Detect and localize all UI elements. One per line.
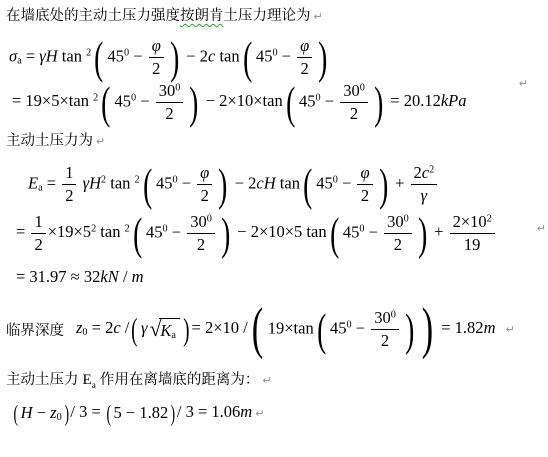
close-paren: ) [64,404,69,424]
fraction-numerator: 300 [187,212,215,233]
open-paren: ( [133,214,142,253]
math-text: − 2×10×tan [202,91,283,110]
math-fraction: 2c2γ [411,163,438,206]
paren-body: γ√Ka [140,318,181,341]
close-paren: ) [171,404,176,424]
math-text: H [21,403,33,422]
formula-sigma-definition: σa = γH tan 2(450 − φ2) − 2c tan(450 − φ… [9,36,548,79]
math-text: 2 [301,59,309,78]
math-text: 45 [108,46,125,65]
math-paren-group: (450 − 3002) [327,212,430,255]
math-text: m [484,318,496,337]
math-fraction: 3002 [371,308,399,351]
math-text: = 31.97 ≈ 32 [16,267,100,286]
fraction-denominator: 19 [450,233,495,255]
fraction-denominator: 2 [197,184,212,206]
math-fraction: 12 [62,163,76,206]
math-paren-group: (450 − φ2) [300,163,391,206]
math-text: − [278,46,296,65]
math-text: ×19×5 [48,222,91,241]
math-text: 45 [156,173,173,192]
math-text: 2 [414,163,422,182]
open-paren: ( [303,165,312,204]
fraction-denominator: 2 [156,102,184,124]
math-text: − [33,403,51,422]
math-text: φ [200,163,209,182]
formula-distance-calculation: (H − z0)/ 3 = (5 − 1.82)/ 3 = 1.06m↵ [12,402,548,423]
math-paren-group: (450 − φ2) [140,163,231,206]
math-text: 2 [361,186,369,205]
math-text: = 2×10 / [192,318,248,337]
ea-symbol-base: E [83,372,92,388]
math-text: 45 [146,222,163,241]
intro-text-suffix: 土压力理论为 [224,8,311,24]
math-subscript: 0 [57,412,62,423]
math-fraction: φ2 [149,36,164,79]
paren-body: 450 − 3002 [145,212,218,255]
math-text: − 2×10×5 tan [233,222,326,241]
math-superscript: 0 [391,309,396,320]
close-paren: ) [405,310,414,349]
math-paren-group: (450 − 3002) [314,308,417,351]
math-text: = 20.12 [386,91,441,110]
math-paren-group: (19×tan(450 − 3002)) [248,305,437,353]
paren-body: 450 − φ2 [315,163,375,206]
math-text: − [168,222,186,241]
paren-body: 450 − 3002 [329,308,402,351]
fraction-numerator: 2×102 [450,212,495,233]
fraction-numerator: 2c2 [411,163,438,184]
distance-intro-prefix: 主动土压力 [6,372,83,388]
fraction-numerator: 1 [62,163,76,184]
math-text: 45 [115,91,132,110]
open-paren: ( [101,83,110,122]
paragraph-distance-intro: 主动土压力 Ea 作用在离墙底的距离为：↵ [6,370,548,393]
fraction-denominator: 2 [187,233,215,255]
math-text: m [240,402,252,421]
math-text: = 2 [88,318,114,337]
paren-body: 450 − 3002 [298,81,371,124]
intro-text-prefix: 在墙底处的主动土压力强度 [6,8,180,24]
paragraph-mark: ↵ [262,374,271,387]
math-text: 45 [256,46,273,65]
math-text: + [430,222,448,241]
distance-intro-suffix: 作用在离墙底的距离为： [96,372,260,388]
fraction-denominator: 2 [149,57,164,79]
math-text: / [121,318,130,337]
ea-symbol: Ea [83,372,96,388]
math-text: + [391,173,409,192]
math-fraction: φ2 [357,163,372,206]
math-text: 45 [299,91,316,110]
math-text: / 3 = 1.06 [177,402,240,421]
close-paren: ) [183,316,189,343]
math-fraction: 3002 [340,81,368,124]
paragraph-mark: ↵ [314,10,323,23]
math-text: 2 [350,104,358,123]
fraction-numerator: 1 [31,212,45,233]
math-fraction: φ2 [197,163,212,206]
math-text: 30 [387,212,404,231]
close-paren: ) [221,214,230,253]
math-text: 30 [374,308,391,327]
math-text: − [178,173,196,192]
paren-body: 450 − φ2 [255,36,315,79]
math-text: E [28,173,38,192]
math-text: = [43,173,61,192]
formula-ea-definition: Ea = 12 γH2 tan 2(450 − φ2) − 2cH tan(45… [28,163,548,206]
math-fraction: 2×10219 [450,212,495,255]
close-paren: ) [189,83,198,122]
fraction-numerator: φ [197,163,212,184]
math-fraction: 12 [31,212,45,255]
math-text: − [136,91,154,110]
math-text: 2 [197,235,205,254]
math-fraction: 3002 [384,212,412,255]
paren-body: 450 − φ2 [155,163,215,206]
close-paren: ) [218,165,227,204]
math-text: 2 [201,186,209,205]
open-paren: ( [143,165,152,204]
formula-critical-depth: 临界深度z0 = 2c /(γ√Ka)= 2×10 /(19×tan(450 −… [6,305,548,353]
math-text: 2 [394,235,402,254]
formula-ea-calculation-body: = 12×19×52 tan 2(450 − 3002) − 2×10×5 ta… [16,222,497,241]
close-paren: ) [379,165,388,204]
math-text: 45 [330,318,347,337]
math-text: γ [421,186,428,205]
math-text: tan [276,173,300,192]
math-superscript: 0 [175,82,180,93]
paragraph-mark: ↵ [255,407,264,420]
math-text: φ [360,163,369,182]
fraction-numerator: φ [297,36,312,57]
math-text: γH [39,46,57,65]
paragraph-mark: ↵ [537,222,546,235]
math-text: 2 [65,186,73,205]
math-paren-group: (5 − 1.82) [105,403,177,423]
math-text: = 1.82 [437,318,483,337]
formula-ea-result: = 31.97 ≈ 32kN / m [16,267,548,287]
math-text: m [132,267,144,286]
paragraph-mark: ↵ [519,77,528,90]
math-text: 1 [65,163,73,182]
radicand: Ka [159,318,180,341]
math-text: kPa [441,91,467,110]
math-text: 2×10 [453,212,487,231]
fraction-numerator: 300 [156,81,184,102]
math-text: 2 [381,331,389,350]
paren-body: H − z0 [20,403,63,423]
close-paren: ) [170,38,179,77]
formula-sigma-calculation: ↵ = 19×5×tan 2(450 − 3002) − 2×10×tan(45… [12,81,548,124]
math-text: K [160,321,171,340]
math-text: 30 [190,212,207,231]
intro-text-spellcheck: 按朗肯 [180,8,224,24]
open-paren: ( [252,305,263,353]
math-text: 2 [34,235,42,254]
math-text: σ [9,46,17,65]
fraction-numerator: 300 [371,308,399,329]
close-paren: ) [422,305,433,353]
fraction-denominator: 2 [371,329,399,351]
formula-sigma-calculation-body: = 19×5×tan 2(450 − 3002) − 2×10×tan(450 … [12,91,466,110]
math-text: kN [100,267,118,286]
math-text: = 19×5×tan [12,91,93,110]
math-text: γ [141,318,148,337]
active-pressure-text: 主动土压力为 [6,133,93,149]
math-text: − [338,173,356,192]
math-text: / [119,267,132,286]
open-paren: ( [106,404,111,424]
math-text: tan [215,46,239,65]
paragraph-mark: ↵ [505,323,514,336]
math-paren-group: (450 − 3002) [130,212,233,255]
math-text: 5 − 1.82 [114,403,169,422]
math-text: φ [152,36,161,55]
math-text: cH [256,173,275,192]
math-text: − [129,46,147,65]
math-paren-group: (450 − φ2) [91,36,182,79]
paren-body: 450 − 3002 [342,212,415,255]
math-text: tan [96,222,124,241]
math-superscript: 0 [207,214,212,225]
math-text: = [22,46,40,65]
math-text: c [113,318,120,337]
math-paren-group: (450 − 3002) [283,81,386,124]
math-text: 2 [165,104,173,123]
math-text: − [352,318,370,337]
math-text: 2 [152,59,160,78]
math-text: tan [58,46,86,65]
fraction-denominator: γ [411,184,438,206]
math-superscript: 2 [429,165,434,176]
math-paren-group: (H − z0) [12,403,70,423]
open-paren: ( [94,38,103,77]
paragraph-mark: ↵ [96,135,105,148]
fraction-numerator: φ [357,163,372,184]
math-square-root: √Ka [150,318,180,341]
document-page[interactable]: 在墙底处的主动土压力强度按朗肯土压力理论为↵ σa = γH tan 2(450… [0,0,548,457]
close-paren: ) [418,214,427,253]
paren-body: 5 − 1.82 [113,403,170,423]
math-superscript: 0 [360,82,365,93]
fraction-numerator: φ [149,36,164,57]
math-text: − 2 [231,173,257,192]
open-paren: ( [286,83,295,122]
math-text: 19 [464,235,481,254]
paren-body: 450 − 3002 [114,81,187,124]
close-paren: ) [318,38,327,77]
math-subscript: a [171,330,176,341]
math-text: 1 [34,212,42,231]
math-text: 30 [343,81,360,100]
math-superscript: 0 [404,214,409,225]
math-text: φ [300,36,309,55]
fraction-denominator: 2 [340,102,368,124]
paren-body: 19×tan(450 − 3002) [267,308,418,351]
math-text: / 3 = [70,402,105,421]
fraction-numerator: 300 [340,81,368,102]
math-paren-group: (450 − φ2) [240,36,331,79]
paragraph-intro: 在墙底处的主动土压力强度按朗肯土压力理论为↵ [0,0,548,27]
open-paren: ( [317,310,326,349]
close-paren: ) [374,83,383,122]
math-text: tan [106,173,134,192]
math-text: − [365,222,383,241]
math-superscript: 2 [487,214,492,225]
math-text: 19×tan [268,318,314,337]
math-text: 45 [343,222,360,241]
fraction-numerator: 300 [384,212,412,233]
formula-distance-body: (H − z0)/ 3 = (5 − 1.82)/ 3 = 1.06m [12,402,252,421]
open-paren: ( [14,404,19,424]
math-fraction: 3002 [187,212,215,255]
math-paren-group: (γ√Ka) [129,316,191,343]
math-text: c [422,163,429,182]
formula-critical-depth-body: z0 = 2c /(γ√Ka)= 2×10 /(19×tan(450 − 300… [76,318,495,337]
math-paren-group: (450 − 3002) [98,81,201,124]
paren-body: 450 − φ2 [107,36,167,79]
paragraph-active-pressure: 主动土压力为↵ [6,132,548,152]
math-fraction: 3002 [156,81,184,124]
fraction-denominator: 2 [62,184,76,206]
fraction-denominator: 2 [357,184,372,206]
math-text: = [16,222,29,241]
math-text: γH [78,173,101,192]
math-fraction: φ2 [297,36,312,79]
formula-ea-calculation: ↵ = 12×19×52 tan 2(450 − 3002) − 2×10×5 … [16,212,548,255]
math-text: − 2 [182,46,208,65]
open-paren: ( [330,214,339,253]
fraction-denominator: 2 [384,233,412,255]
fraction-denominator: 2 [297,57,312,79]
fraction-denominator: 2 [31,233,45,255]
math-text: 30 [159,81,176,100]
math-text: − [321,91,339,110]
open-paren: ( [243,38,252,77]
critical-depth-label: 临界深度 [6,323,64,339]
math-text: 45 [316,173,333,192]
open-paren: ( [132,316,138,343]
